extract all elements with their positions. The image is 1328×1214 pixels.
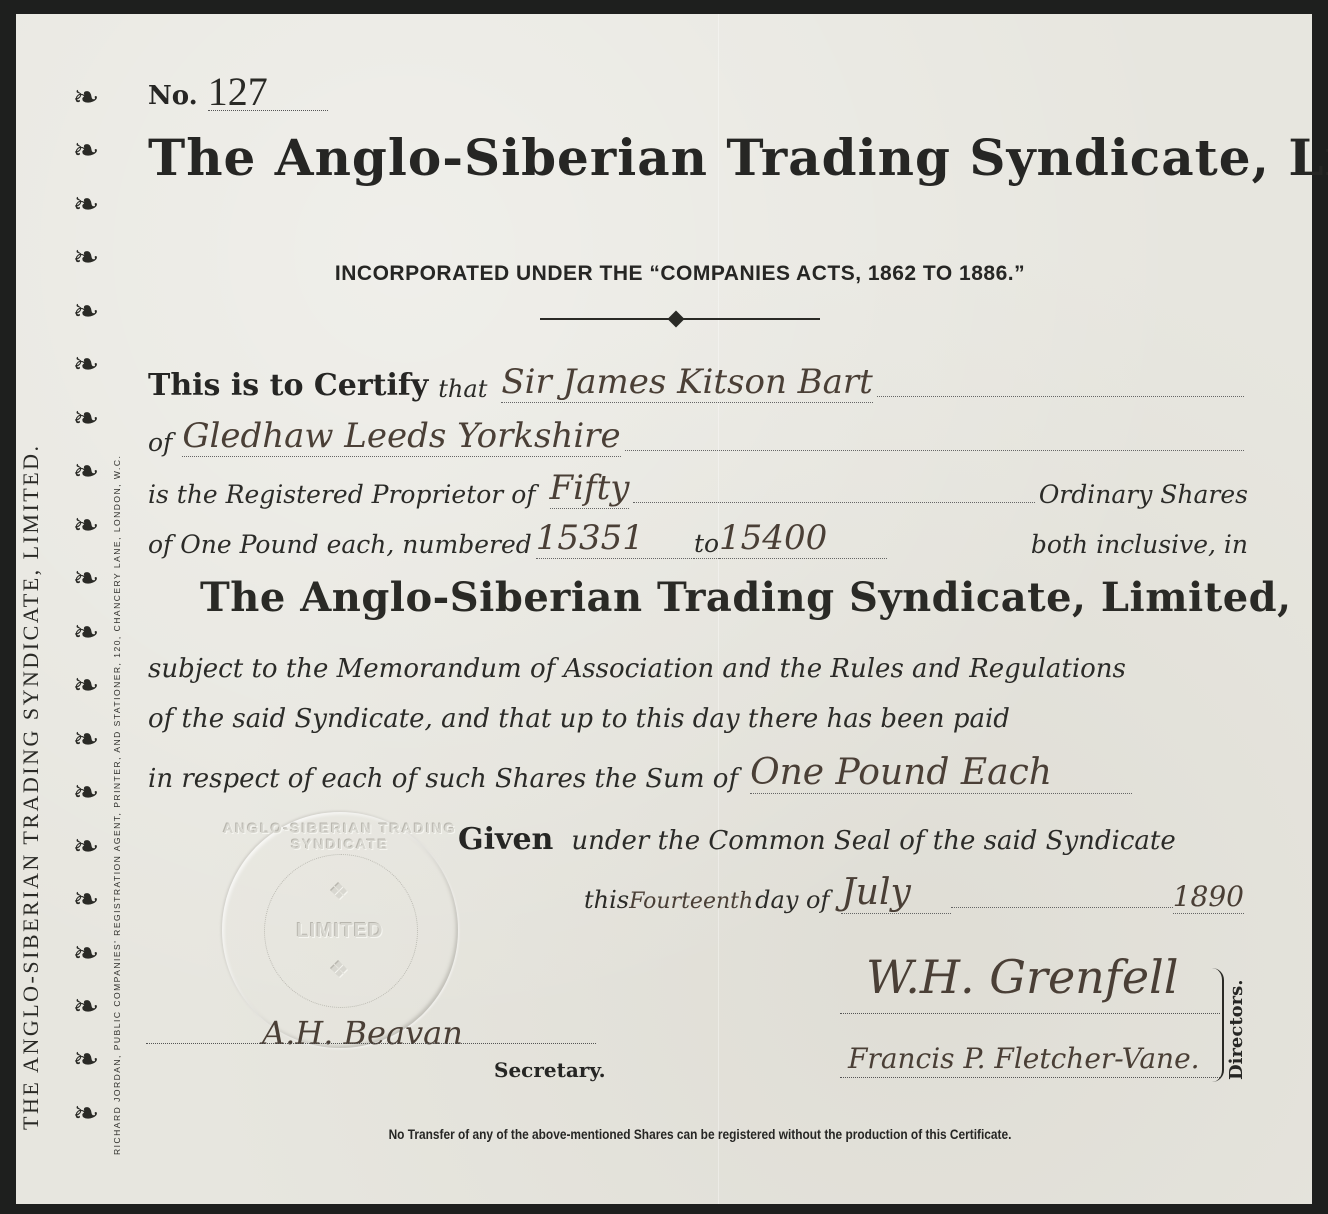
- this-text: this: [584, 886, 629, 914]
- embossed-seal: ANGLO-SIBERIAN TRADING SYNDICATE ❖ LIMIT…: [222, 812, 458, 1048]
- incorporation-statement: INCORPORATED UNDER THE “COMPANIES ACTS, …: [140, 262, 1220, 286]
- to-text: to: [694, 529, 719, 559]
- fill-line: [951, 907, 1173, 908]
- palmette-icon: ❧: [69, 775, 103, 809]
- seal-star-icon: ❖: [328, 960, 350, 982]
- certificate-number: No. 127: [148, 74, 328, 111]
- printer-imprint: RICHARD JORDAN, PUBLIC COMPANIES' REGIST…: [112, 455, 122, 1155]
- palmette-icon: ❧: [69, 882, 103, 916]
- holder-address: Gledhaw Leeds Yorkshire: [182, 416, 620, 457]
- amount-line: in respect of each of such Shares the Su…: [148, 752, 1248, 794]
- day-value: Fourteenth: [629, 889, 753, 914]
- secretary-signature-line: [146, 1043, 596, 1044]
- company-name-repeat: The Anglo-Siberian Trading Syndicate, Li…: [200, 574, 1230, 621]
- number-to: 15400: [719, 518, 887, 559]
- palmette-icon: ❧: [69, 80, 103, 114]
- director-2-signature: Francis P. Fletcher-Vane.: [848, 1042, 1200, 1075]
- both-inclusive-text: both inclusive, in: [1031, 530, 1248, 559]
- secretary-label: Secretary.: [494, 1058, 606, 1082]
- fill-line: [625, 450, 1244, 451]
- given-heading: Given: [458, 822, 553, 857]
- palmette-icon: ❧: [69, 561, 103, 595]
- address-line: of Gledhaw Leeds Yorkshire: [148, 416, 1248, 457]
- palmette-icon: ❧: [69, 668, 103, 702]
- month-value: July: [841, 872, 950, 914]
- director-1-signature-line: [840, 1013, 1220, 1014]
- ordinary-shares-text: Ordinary Shares: [1039, 480, 1248, 509]
- palmette-icon: ❧: [69, 829, 103, 863]
- palmette-icon: ❧: [69, 989, 103, 1023]
- registered-proprietor-text: is the Registered Proprietor of: [148, 480, 536, 509]
- palmette-icon: ❧: [69, 508, 103, 542]
- palmette-icon: ❧: [69, 615, 103, 649]
- palmette-icon: ❧: [69, 454, 103, 488]
- seal-ring-text: ANGLO-SIBERIAN TRADING SYNDICATE: [222, 820, 458, 852]
- palmette-icon: ❧: [69, 347, 103, 381]
- director-2-signature-line: [840, 1077, 1220, 1078]
- fill-line: [633, 502, 1034, 503]
- number-from: 15351: [536, 518, 694, 559]
- palmette-icon: ❧: [69, 1042, 103, 1076]
- directors-brace: [1212, 968, 1224, 1082]
- certify-line: This is to Certify that Sir James Kitson…: [148, 362, 1248, 403]
- given-text: under the Common Seal of the said Syndic…: [571, 826, 1175, 856]
- side-company-title: THE ANGLO-SIBERIAN TRADING SYNDICATE, LI…: [18, 30, 44, 1130]
- palmette-icon: ❧: [69, 1096, 103, 1130]
- palmette-icon: ❧: [69, 722, 103, 756]
- of-text: of: [148, 428, 172, 457]
- year-value: 1890: [1173, 880, 1244, 914]
- palmette-icon: ❧: [69, 240, 103, 274]
- paragraph-line-1: subject to the Memorandum of Association…: [148, 654, 1248, 684]
- palmette-icon: ❧: [69, 936, 103, 970]
- amount-paid: One Pound Each: [750, 752, 1132, 794]
- paragraph-line-2: of the said Syndicate, and that up to th…: [148, 704, 1248, 734]
- date-line: this Fourteenth day of July 1890: [584, 872, 1244, 914]
- seal-star-icon: ❖: [328, 882, 350, 904]
- ornamental-divider: [540, 313, 820, 325]
- directors-label: Directors.: [1226, 979, 1247, 1080]
- that-text: that: [438, 375, 487, 403]
- one-pound-each-text: of One Pound each, numbered: [148, 530, 532, 559]
- holder-name: Sir James Kitson Bart: [501, 362, 872, 403]
- share-count: Fifty: [550, 468, 630, 509]
- fill-line: [877, 396, 1244, 397]
- secretary-signature: A.H. Beavan: [262, 1014, 463, 1052]
- shares-line: is the Registered Proprietor of Fifty Or…: [148, 468, 1248, 509]
- ornamental-border: ❧ ❧ ❧ ❧ ❧ ❧ ❧ ❧ ❧ ❧ ❧ ❧ ❧ ❧ ❧ ❧ ❧ ❧ ❧ ❧: [66, 80, 106, 1130]
- palmette-icon: ❧: [69, 187, 103, 221]
- palmette-icon: ❧: [69, 294, 103, 328]
- numbering-line: of One Pound each, numbered 15351 to 154…: [148, 518, 1248, 559]
- given-line: Given under the Common Seal of the said …: [458, 822, 1176, 857]
- director-1-signature: W.H. Grenfell: [866, 950, 1178, 1004]
- paragraph-line-3: in respect of each of such Shares the Su…: [148, 764, 738, 794]
- seal-center-text: LIMITED: [222, 920, 458, 943]
- day-of-text: day of: [755, 886, 829, 914]
- diamond-icon: [668, 311, 685, 328]
- certificate-number-label: No.: [148, 81, 198, 111]
- page-title: The Anglo-Siberian Trading Syndicate, Li…: [148, 128, 1248, 187]
- transfer-notice: No Transfer of any of the above-mentione…: [233, 1126, 1168, 1142]
- certify-heading: This is to Certify: [148, 368, 428, 403]
- palmette-icon: ❧: [69, 401, 103, 435]
- certificate-number-value: 127: [208, 74, 328, 111]
- palmette-icon: ❧: [69, 133, 103, 167]
